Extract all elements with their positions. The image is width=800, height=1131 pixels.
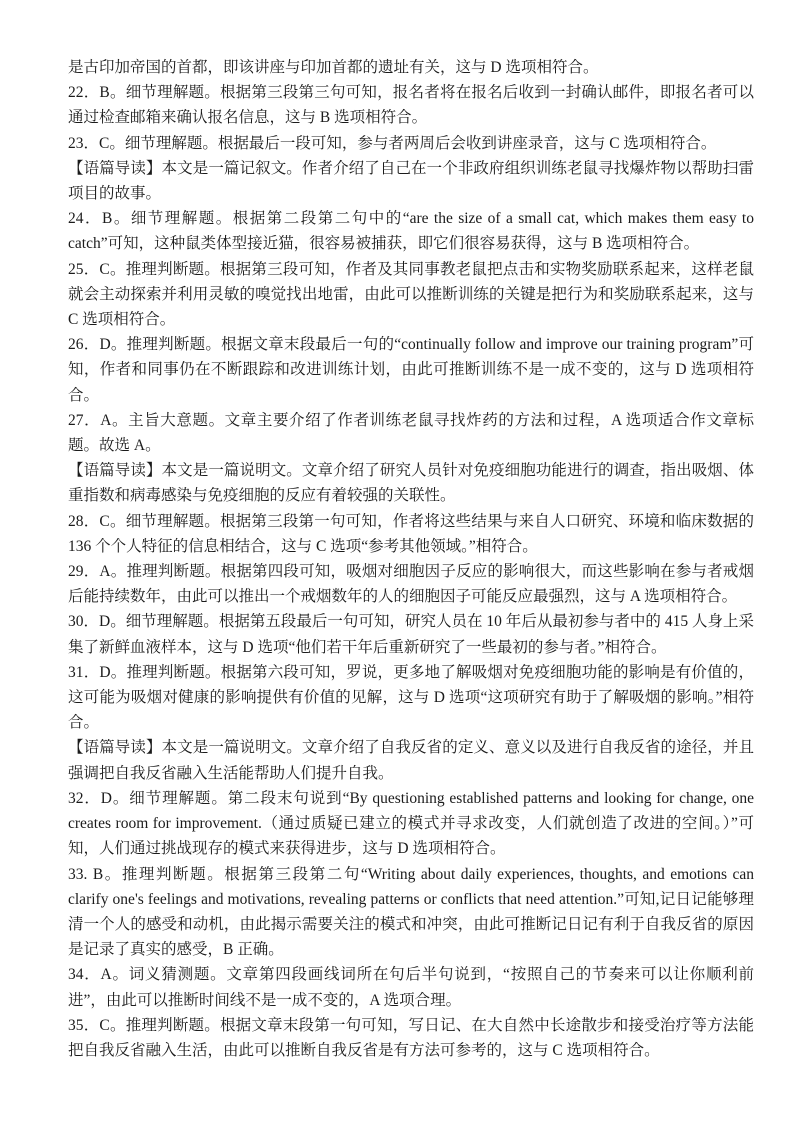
document-page: 是古印加帝国的首都，即该讲座与印加首都的遗址有关，这与 D 选项相符合。 22．… [0, 0, 800, 1131]
answer-26-paragraph: 26．D。推理判断题。根据文章末段最后一句的“continually follo… [68, 332, 754, 408]
answer-21-continuation-paragraph: 是古印加帝国的首都，即该讲座与印加首都的遗址有关，这与 D 选项相符合。 [68, 55, 754, 80]
passage-guide-3-paragraph: 【语篇导读】本文是一篇说明文。文章介绍了自我反省的定义、意义以及进行自我反省的途… [68, 735, 754, 785]
answer-22-paragraph: 22．B。细节理解题。根据第三段第三句可知，报名者将在报名后收到一封确认邮件，即… [68, 80, 754, 130]
answer-27-paragraph: 27．A。主旨大意题。文章主要介绍了作者训练老鼠寻找炸药的方法和过程，A 选项适… [68, 408, 754, 458]
answer-28-paragraph: 28．C。细节理解题。根据第三段第一句可知，作者将这些结果与来自人口研究、环境和… [68, 509, 754, 559]
answer-31-paragraph: 31．D。推理判断题。根据第六段可知，罗说，更多地了解吸烟对免疫细胞功能的影响是… [68, 660, 754, 736]
answer-29-paragraph: 29．A。推理判断题。根据第四段可知，吸烟对细胞因子反应的影响很大，而这些影响在… [68, 559, 754, 609]
answer-35-paragraph: 35．C。推理判断题。根据文章末段第一句可知，写日记、在大自然中长途散步和接受治… [68, 1013, 754, 1063]
answer-34-paragraph: 34．A。词义猜测题。文章第四段画线词所在句后半句说到，“按照自己的节奏来可以让… [68, 962, 754, 1012]
answer-24-paragraph: 24．B。细节理解题。根据第二段第二句中的“are the size of a … [68, 206, 754, 256]
answer-30-paragraph: 30．D。细节理解题。根据第五段最后一句可知，研究人员在 10 年后从最初参与者… [68, 609, 754, 659]
passage-guide-1-paragraph: 【语篇导读】本文是一篇记叙文。作者介绍了自己在一个非政府组织训练老鼠寻找爆炸物以… [68, 156, 754, 206]
answer-32-paragraph: 32．D。细节理解题。第二段末句说到“By questioning establ… [68, 786, 754, 862]
passage-guide-2-paragraph: 【语篇导读】本文是一篇说明文。文章介绍了研究人员针对免疫细胞功能进行的调查，指出… [68, 458, 754, 508]
answer-33-paragraph: 33. B。推理判断题。根据第三段第二句“Writing about daily… [68, 862, 754, 963]
answer-23-paragraph: 23．C。细节理解题。根据最后一段可知，参与者两周后会收到讲座录音，这与 C 选… [68, 131, 754, 156]
answer-25-paragraph: 25．C。推理判断题。根据第三段可知，作者及其同事教老鼠把点击和实物奖励联系起来… [68, 257, 754, 333]
